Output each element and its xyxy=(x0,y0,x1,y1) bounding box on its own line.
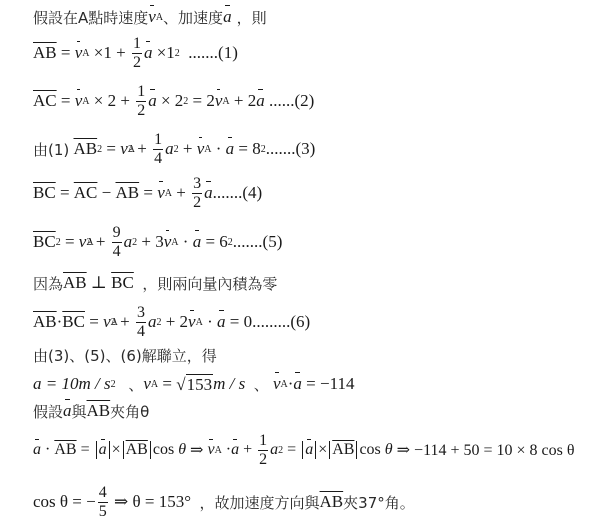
solve-text: 由(3)、(5)、(6)解聯立，得 xyxy=(33,345,217,366)
intro-suffix: ，則 xyxy=(237,7,267,28)
fraction-four-fifths: 45 xyxy=(98,485,108,520)
assume-text: 假設 xyxy=(33,401,63,422)
dot-product-zero-text: ，則兩向量內積為零 xyxy=(142,273,277,294)
segment-ac: AC xyxy=(33,91,57,111)
segment-ab: AB xyxy=(33,43,57,63)
acceleration-vector: a xyxy=(223,7,232,27)
equation-label: .......(5) xyxy=(233,232,283,252)
angle-text: 夾角θ xyxy=(110,401,149,422)
final-line: cos θ = − 45 ⇒ θ = 153° ，故加速度方向與 AB 夾37°… xyxy=(33,485,415,519)
segment-bc: BC xyxy=(111,273,134,293)
segment-ab: AB xyxy=(320,492,344,512)
segment-ac: AC xyxy=(74,183,98,203)
theta-result: ⇒ θ = 153° xyxy=(114,492,191,512)
segment-ab: AB xyxy=(33,312,57,332)
acceleration-result: a = 10m / s xyxy=(33,374,111,394)
fraction-nine-quarters: 94 xyxy=(112,225,122,260)
angle-equation: a · AB = a×ABcos θ ⇒ vA ·a + 12 a2 = a×A… xyxy=(33,433,575,467)
and-text: 與 xyxy=(72,401,87,422)
segment-ab: AB xyxy=(116,183,140,203)
fraction-three-halves: 32 xyxy=(192,176,202,211)
equation-label: .........(6) xyxy=(252,312,310,332)
equation-1: AB = vA ×1 + 12 a ×12 .......(1) xyxy=(33,36,238,70)
because-text: 因為 xyxy=(33,273,63,294)
equation-2: AC = vA × 2 + 12 a × 22 = 2vA + 2a .....… xyxy=(33,84,314,118)
sqrt-153: √153 xyxy=(176,374,213,395)
intro-line: 假設在A點時速度 vA 、加速度 a ，則 xyxy=(33,0,267,34)
cos-theta: cos θ = − xyxy=(33,492,96,512)
intro-prefix: 假設在A點時速度 xyxy=(33,7,148,28)
equation-5: BC2 = vA2 + 94 a2 + 3vA · a = 62 .......… xyxy=(33,225,282,259)
segment-bc: BC xyxy=(33,232,56,252)
equation-3: 由(1) AB2 = vA2 + 14 a2 + vA · a = 82 ...… xyxy=(33,132,315,166)
fraction-half: 12 xyxy=(258,433,268,468)
perpendicular-statement: 因為 AB ⊥ BC ，則兩向量內積為零 xyxy=(33,266,277,300)
dot-product-result: = −114 xyxy=(306,374,354,394)
numeric-substitution: ⇒ −114 + 50 = 10 × 8 cos θ xyxy=(397,440,575,460)
equation-label: .......(4) xyxy=(213,183,263,203)
conclusion-suffix: 夾37°角。 xyxy=(343,492,415,513)
equation-label: ......(2) xyxy=(269,91,314,111)
velocity-vector: v xyxy=(148,7,156,27)
from-label: 由(1) xyxy=(33,139,69,160)
conclusion-prefix: ，故加速度方向與 xyxy=(200,492,320,513)
equation-6: AB·BC = vA2 + 34 a2 + 2vA · a = 0 ......… xyxy=(33,305,310,339)
fraction-quarter: 14 xyxy=(153,132,163,167)
velocity-unit: m / s xyxy=(213,374,245,394)
segment-bc: BC xyxy=(62,312,85,332)
equation-label: .......(1) xyxy=(188,43,238,63)
angle-assumption: 假設 a 與 AB 夾角θ xyxy=(33,394,149,428)
intro-sep: 、加速度 xyxy=(163,7,223,28)
segment-ab: AB xyxy=(87,401,111,421)
equation-label: .......(3) xyxy=(266,139,316,159)
fraction-three-quarters: 34 xyxy=(136,305,146,340)
equation-4: BC = AC − AB = vA + 32 a .......(4) xyxy=(33,176,262,210)
segment-ab: AB xyxy=(63,273,87,293)
segment-bc: BC xyxy=(33,183,56,203)
segment-ab: AB xyxy=(74,139,98,159)
fraction-half: 12 xyxy=(136,84,146,119)
fraction-half: 12 xyxy=(132,36,142,71)
